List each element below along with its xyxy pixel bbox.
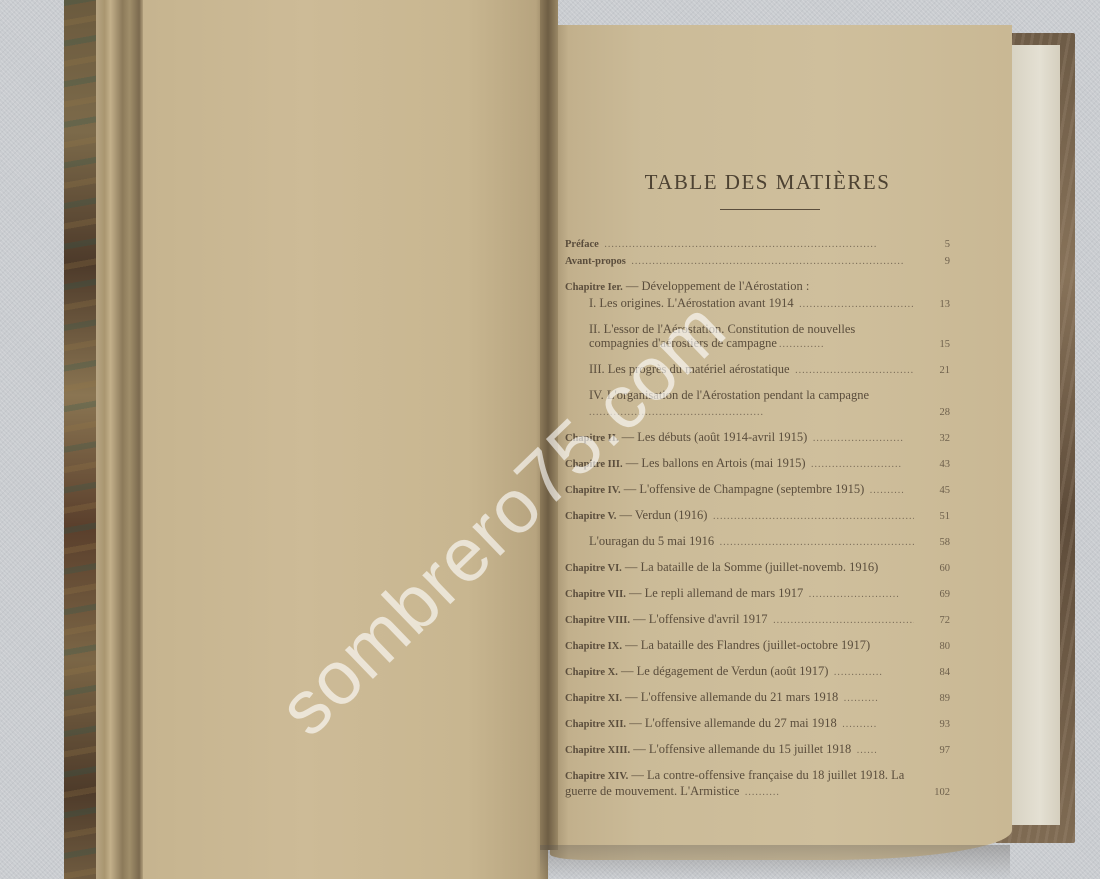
page-number: 13 [914,298,950,312]
toc-entry: Chapitre VI. — La bataille de la Somme (… [565,560,950,576]
page-number: 45 [914,484,950,498]
page-number: 28 [914,406,950,420]
page-shadow [540,845,1010,879]
toc-entry: L'ouragan du 5 mai 1916 ................… [565,534,950,550]
toc-entry: Chapitre XIII. — L'offensive allemande d… [565,742,950,758]
toc-entry: Chapitre IV. — L'offensive de Champagne … [565,482,950,498]
toc-entries: Préface ................................… [565,236,950,800]
title-rule [720,209,820,210]
page-number: 69 [914,588,950,602]
toc-entry: Chapitre XI. — L'offensive allemande du … [565,690,950,706]
table-of-contents: TABLE DES MATIÈRES Préface .............… [565,170,950,810]
page-number: 97 [914,744,950,758]
toc-entry: Chapitre Ier. — Développement de l'Aéros… [565,279,950,295]
left-page-edges [96,0,144,879]
page-number: 84 [914,666,950,680]
toc-entry: Chapitre X. — Le dégagement de Verdun (a… [565,664,950,680]
page-number: 102 [914,786,950,800]
page-number: 5 [914,238,950,252]
page-number: 21 [914,364,950,378]
book-photo: TABLE DES MATIÈRES Préface .............… [0,0,1100,879]
toc-entry: Préface ................................… [565,236,950,252]
page-number: 93 [914,718,950,732]
toc-entry: Chapitre V. — Verdun (1916) ............… [565,508,950,524]
page-number: 72 [914,614,950,628]
endpaper [1010,45,1060,825]
page-number: 51 [914,510,950,524]
toc-entry: Chapitre VII. — Le repli allemand de mar… [565,586,950,602]
toc-entry: Chapitre XIV. — La contre-offensive fran… [565,768,950,800]
toc-entry: Chapitre VIII. — L'offensive d'avril 191… [565,612,950,628]
toc-entry: I. Les origines. L'Aérostation avant 191… [565,296,950,312]
toc-title: TABLE DES MATIÈRES [585,170,950,195]
page-number: 80 [914,640,950,654]
page-number: 15 [914,338,950,352]
left-page-blank [143,0,548,879]
page-number: 9 [914,255,950,269]
page-number: 43 [914,458,950,472]
page-number: 32 [914,432,950,446]
page-number: 89 [914,692,950,706]
toc-entry: Chapitre IX. — La bataille des Flandres … [565,638,950,654]
page-number: 58 [914,536,950,550]
toc-entry: Chapitre XII. — L'offensive allemande du… [565,716,950,732]
toc-entry: Avant-propos ...........................… [565,253,950,269]
page-number: 60 [914,562,950,576]
